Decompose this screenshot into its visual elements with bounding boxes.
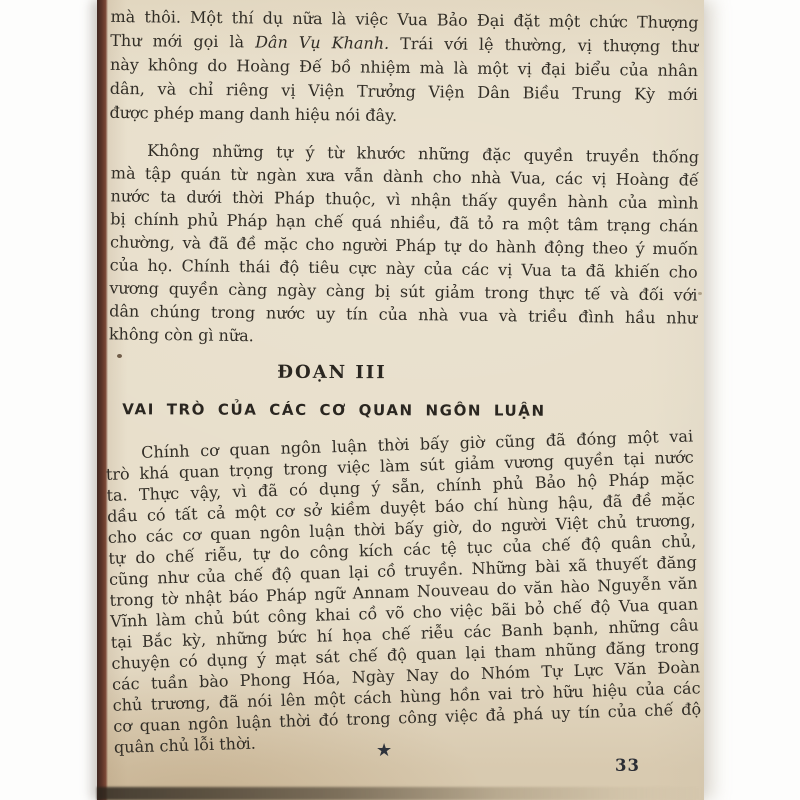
page-content: mà thôi. Một thí dụ nữa là việc Vua Bảo … bbox=[110, 0, 698, 750]
page-number: 33 bbox=[615, 756, 640, 775]
section-subheading: VAI TRÒ CỦA CÁC CƠ QUAN NGÔN LUẬN bbox=[40, 400, 628, 421]
paragraph: Chính cơ quan ngôn luận thời bấy giờ cũn… bbox=[105, 425, 702, 757]
paragraph: Không những tự ý từ khước những đặc quyề… bbox=[109, 138, 699, 352]
book-page-photo: mà thôi. Một thí dụ nữa là việc Vua Bảo … bbox=[0, 0, 800, 800]
book-page: mà thôi. Một thí dụ nữa là việc Vua Bảo … bbox=[97, 0, 704, 800]
section-divider-star-icon: ★ bbox=[376, 742, 392, 760]
paragraph-continuation: mà thôi. Một thí dụ nữa là việc Vua Bảo … bbox=[109, 5, 698, 131]
section-heading: ĐOẠN III bbox=[38, 361, 626, 385]
paper-speck bbox=[698, 292, 702, 295]
